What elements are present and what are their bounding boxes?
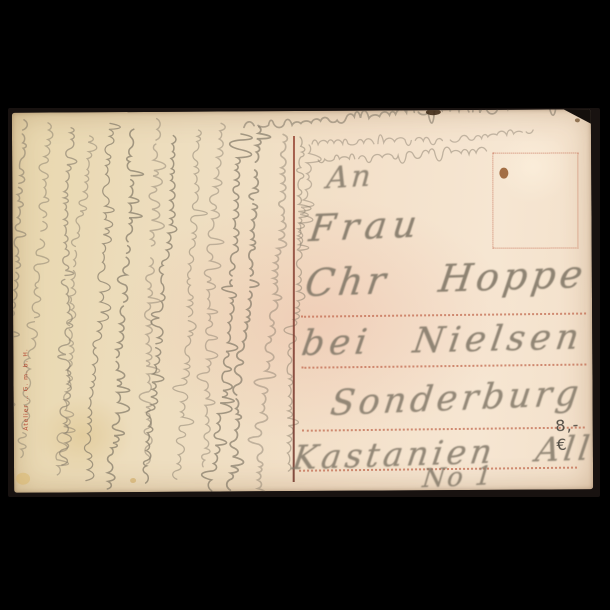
stain: [426, 109, 441, 115]
message-handwriting-column: [191, 123, 235, 467]
clipped-corner-shadow: [562, 109, 592, 124]
message-handwriting-column: [98, 129, 154, 490]
address-recipient-name: Chr Hoppe: [302, 252, 589, 305]
message-handwriting-column: [48, 127, 89, 469]
stain: [16, 473, 30, 485]
feldpost-annotation-line: [243, 109, 563, 132]
message-handwriting-column: [224, 126, 272, 491]
dealer-price-note: 8,- €: [555, 414, 593, 454]
message-handwriting-column: [52, 135, 99, 476]
address-salutation: An: [325, 158, 375, 196]
message-handwriting-column: [134, 118, 174, 464]
publisher-imprint: Atelier … G. m. b. H.: [22, 281, 30, 431]
postcard-photo: Atelier … G. m. b. H. An Frau Chr Hoppe …: [8, 108, 600, 497]
address-divider-line: [293, 136, 295, 482]
address-house-number: No 1: [421, 461, 495, 492]
address-town: Sonderburg: [328, 373, 585, 424]
message-handwriting-column: [141, 135, 182, 484]
address-dotted-line-1: [301, 313, 586, 318]
feldpost-annotation-line: [312, 126, 534, 152]
postcard-paper: Atelier … G. m. b. H. An Frau Chr Hoppe …: [12, 109, 593, 493]
scanned-postcard-page: { "window": { "background_color": "#0000…: [0, 0, 610, 610]
message-handwriting-column: [200, 133, 255, 492]
stamp-box: [492, 153, 578, 249]
message-handwriting-column: [244, 133, 294, 492]
address-care-of: bei Nielsen: [299, 317, 586, 364]
address-dotted-line-2: [301, 364, 586, 369]
message-handwriting-column: [79, 123, 125, 481]
stain: [499, 168, 508, 179]
message-handwriting-column: [168, 129, 212, 480]
stain: [130, 478, 136, 483]
address-recipient-title: Frau: [307, 202, 426, 250]
